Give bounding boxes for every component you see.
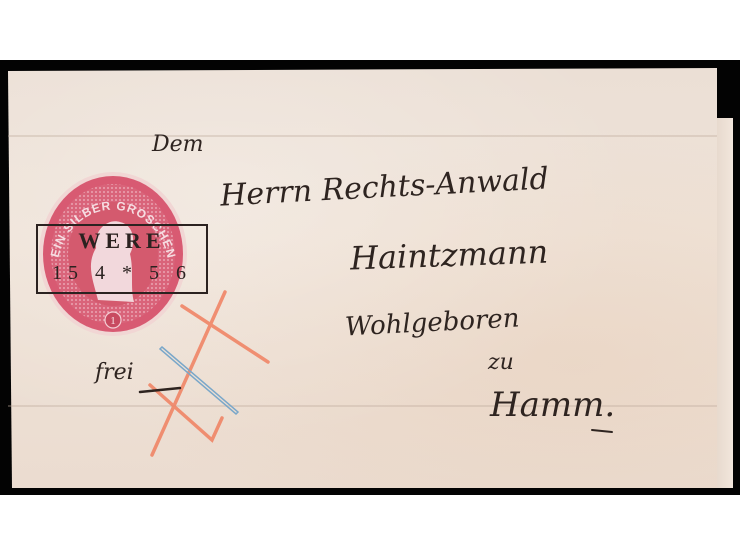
fold-line [8,135,717,137]
postmark-date: 15 4 * 5 6 [38,262,206,285]
address-line-1: Dem [152,132,204,157]
postmark-box: WERE 15 4 * 5 6 [36,224,208,294]
letter-back-flap [715,118,733,488]
postmark-town: WERE [38,228,206,254]
stamp-value: 1 [110,315,116,327]
franking-note: frei [95,360,134,385]
address-line-6: Hamm. [490,385,615,425]
address-line-5: zu [488,350,514,375]
address-line-3: Haintzmann [349,233,548,278]
